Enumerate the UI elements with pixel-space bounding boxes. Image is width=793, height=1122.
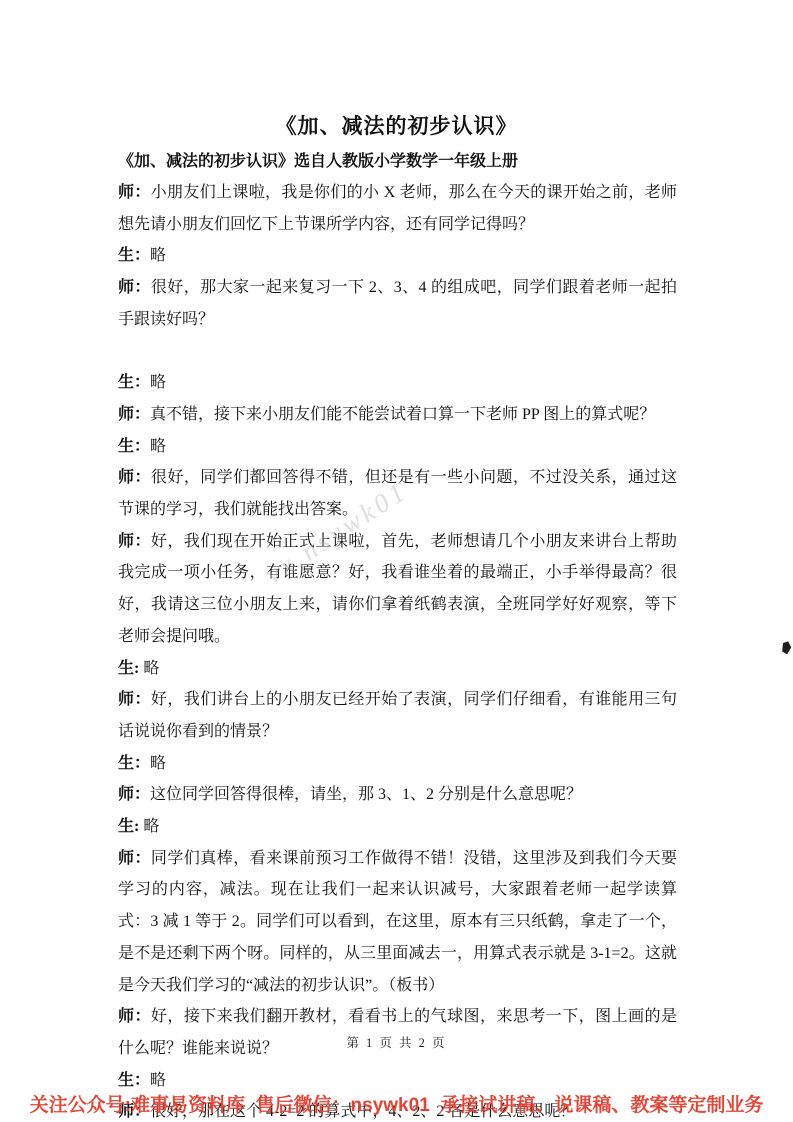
speaker-label: 生： xyxy=(118,247,150,264)
speaker-label: 生： xyxy=(118,374,150,391)
dialogue-text: 好，我们现在开始正式上课啦，首先，老师想请几个小朋友来讲台上帮助我完成一项小任务… xyxy=(118,533,677,645)
speaker-label: 师： xyxy=(118,850,151,867)
dialogue-paragraph: 师：同学们真棒，看来课前预习工作做得不错！没错，这里涉及到我们今天要学习的内容，… xyxy=(118,843,677,1002)
dialogue-text: 好，我们讲台上的小朋友已经开始了表演，同学们仔细看，有谁能用三句话说说你看到的情… xyxy=(118,691,677,740)
speaker-label: 师： xyxy=(118,691,151,708)
dialogue-text: 略 xyxy=(150,438,166,455)
dialogue-text: 略 xyxy=(150,1072,166,1089)
speaker-label: 生： xyxy=(118,1072,150,1089)
speaker-label: 生： xyxy=(118,438,150,455)
dialogue-text: 小朋友们上课啦，我是你们的小 X 老师，那么在今天的课开始之前，老师想先请小朋友… xyxy=(118,184,677,233)
dialogue-text: 略 xyxy=(143,818,159,835)
speaker-label: 生: xyxy=(118,660,143,677)
dialogue-body: 师：小朋友们上课啦，我是你们的小 X 老师，那么在今天的课开始之前，老师想先请小… xyxy=(118,177,677,1122)
dialogue-text: 略 xyxy=(150,247,166,264)
page-number: 第 1 页 共 2 页 xyxy=(0,1033,793,1051)
dialogue-paragraph: 生: 略 xyxy=(118,653,677,685)
speaker-label: 生： xyxy=(118,755,150,772)
dialogue-text: 同学们真棒，看来课前预习工作做得不错！没错，这里涉及到我们今天要学习的内容，减法… xyxy=(118,850,677,994)
doc-title: 《加、减法的初步认识》 xyxy=(0,0,793,140)
promo-bar: 关注公众号:难事易资料库 售后微信：nsywk01 承接试讲稿、说课稿、教案等定… xyxy=(0,1093,793,1119)
speaker-label: 师： xyxy=(118,279,151,296)
speaker-label: 师： xyxy=(118,786,150,803)
dialogue-paragraph: 生：略 xyxy=(118,431,677,463)
dialogue-paragraph: 生：略 xyxy=(118,748,677,780)
speaker-label: 生: xyxy=(118,818,143,835)
speaker-label: 师： xyxy=(118,469,151,486)
dialogue-text: 略 xyxy=(143,660,159,677)
dialogue-text: 这位同学回答得很棒，请坐，那 3、1、2 分别是什么意思呢？ xyxy=(150,786,582,803)
dialogue-paragraph: 生：略 xyxy=(118,1065,677,1097)
dialogue-paragraph: 师：很好，同学们都回答得不错，但还是有一些小问题，不过没关系，通过这节课的学习，… xyxy=(118,462,677,525)
dialogue-paragraph: 师：好，我们讲台上的小朋友已经开始了表演，同学们仔细看，有谁能用三句话说说你看到… xyxy=(118,684,677,747)
dialogue-paragraph: 师：小朋友们上课啦，我是你们的小 X 老师，那么在今天的课开始之前，老师想先请小… xyxy=(118,177,677,240)
speaker-label: 师： xyxy=(118,533,151,550)
dialogue-text: 很好，同学们都回答得不错，但还是有一些小问题，不过没关系，通过这节课的学习，我们… xyxy=(118,469,677,518)
blank-line xyxy=(118,336,677,368)
dialogue-text: 很好，那大家一起来复习一下 2、3、4 的组成吧，同学们跟着老师一起拍手跟读好吗… xyxy=(118,279,677,328)
dialogue-paragraph: 生: 略 xyxy=(118,811,677,843)
speaker-label: 师： xyxy=(118,1008,151,1025)
document-page: 《加、减法的初步认识》 《加、减法的初步认识》选自人教版小学数学一年级上册 师：… xyxy=(0,0,793,1122)
doc-subtitle: 《加、减法的初步认识》选自人教版小学数学一年级上册 xyxy=(118,147,677,177)
dialogue-paragraph: 师：好，我们现在开始正式上课啦，首先，老师想请几个小朋友来讲台上帮助我完成一项小… xyxy=(118,526,677,653)
ink-mark xyxy=(781,640,793,655)
dialogue-paragraph: 师：这位同学回答得很棒，请坐，那 3、1、2 分别是什么意思呢？ xyxy=(118,779,677,811)
dialogue-paragraph: 生：略 xyxy=(118,240,677,272)
dialogue-paragraph: 师：真不错，接下来小朋友们能不能尝试着口算一下老师 PP 图上的算式呢？ xyxy=(118,399,677,431)
dialogue-text: 略 xyxy=(150,755,166,772)
dialogue-paragraph: 生：略 xyxy=(118,367,677,399)
speaker-label: 师： xyxy=(118,184,151,201)
dialogue-text: 略 xyxy=(150,374,166,391)
speaker-label: 师： xyxy=(118,406,150,423)
dialogue-text: 真不错，接下来小朋友们能不能尝试着口算一下老师 PP 图上的算式呢？ xyxy=(150,406,655,423)
dialogue-paragraph: 师：很好，那大家一起来复习一下 2、3、4 的组成吧，同学们跟着老师一起拍手跟读… xyxy=(118,272,677,335)
